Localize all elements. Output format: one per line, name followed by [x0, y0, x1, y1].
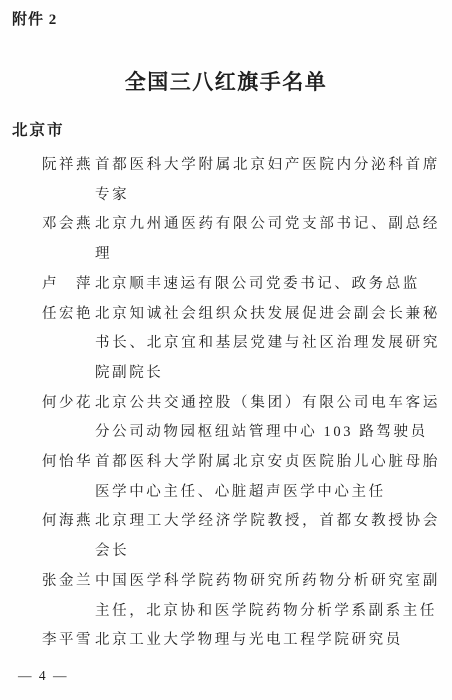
- honoree-name: 张金兰: [42, 567, 95, 626]
- honoree-description: 北京顺丰速运有限公司党委书记、政务总监: [95, 270, 440, 300]
- honoree-name: 邓会燕: [42, 210, 95, 269]
- honoree-name: 何怡华: [42, 448, 95, 507]
- page-number: — 4 —: [18, 668, 452, 684]
- honoree-name: 阮祥燕: [42, 151, 95, 210]
- honoree-description: 北京知诚社会组织众扶发展促进会副会长兼秘书长、北京宜和基层党建与社区治理发展研究…: [95, 300, 440, 389]
- section-heading-beijing: 北京市: [12, 118, 452, 140]
- list-entry: 何少花 北京公共交通控股（集团）有限公司电车客运分公司动物园枢纽站管理中心 10…: [0, 389, 452, 448]
- honoree-name: 李平雪: [42, 626, 95, 656]
- list-entry: 李平雪 北京工业大学物理与光电工程学院研究员: [0, 626, 452, 656]
- list-entry: 邓会燕 北京九州通医药有限公司党支部书记、副总经理: [0, 210, 452, 269]
- list-entry: 任宏艳 北京知诚社会组织众扶发展促进会副会长兼秘书长、北京宜和基层党建与社区治理…: [0, 300, 452, 389]
- attachment-label: 附件 2: [12, 8, 452, 29]
- list-entry: 阮祥燕 首都医科大学附属北京妇产医院内分泌科首席专家: [0, 151, 452, 210]
- honoree-description: 北京公共交通控股（集团）有限公司电车客运分公司动物园枢纽站管理中心 103 路驾…: [95, 389, 440, 448]
- honoree-description: 中国医学科学院药物研究所药物分析研究室副主任，北京协和医学院药物分析学系副系主任: [95, 567, 440, 626]
- honoree-list: 阮祥燕 首都医科大学附属北京妇产医院内分泌科首席专家 邓会燕 北京九州通医药有限…: [0, 151, 452, 656]
- honoree-name: 何少花: [42, 389, 95, 448]
- honoree-description: 北京九州通医药有限公司党支部书记、副总经理: [95, 210, 440, 269]
- page-title: 全国三八红旗手名单: [0, 66, 452, 96]
- honoree-name: 何海燕: [42, 507, 95, 566]
- honoree-description: 北京工业大学物理与光电工程学院研究员: [95, 626, 440, 656]
- list-entry: 何海燕 北京理工大学经济学院教授，首都女教授协会会长: [0, 507, 452, 566]
- list-entry: 张金兰 中国医学科学院药物研究所药物分析研究室副主任，北京协和医学院药物分析学系…: [0, 567, 452, 626]
- honoree-description: 首都医科大学附属北京安贞医院胎儿心脏母胎医学中心主任、心脏超声医学中心主任: [95, 448, 440, 507]
- list-entry: 卢 萍 北京顺丰速运有限公司党委书记、政务总监: [0, 270, 452, 300]
- honoree-description: 首都医科大学附属北京妇产医院内分泌科首席专家: [95, 151, 440, 210]
- honoree-description: 北京理工大学经济学院教授，首都女教授协会会长: [95, 507, 440, 566]
- honoree-name: 卢 萍: [42, 270, 95, 300]
- honoree-name: 任宏艳: [42, 300, 95, 389]
- list-entry: 何怡华 首都医科大学附属北京安贞医院胎儿心脏母胎医学中心主任、心脏超声医学中心主…: [0, 448, 452, 507]
